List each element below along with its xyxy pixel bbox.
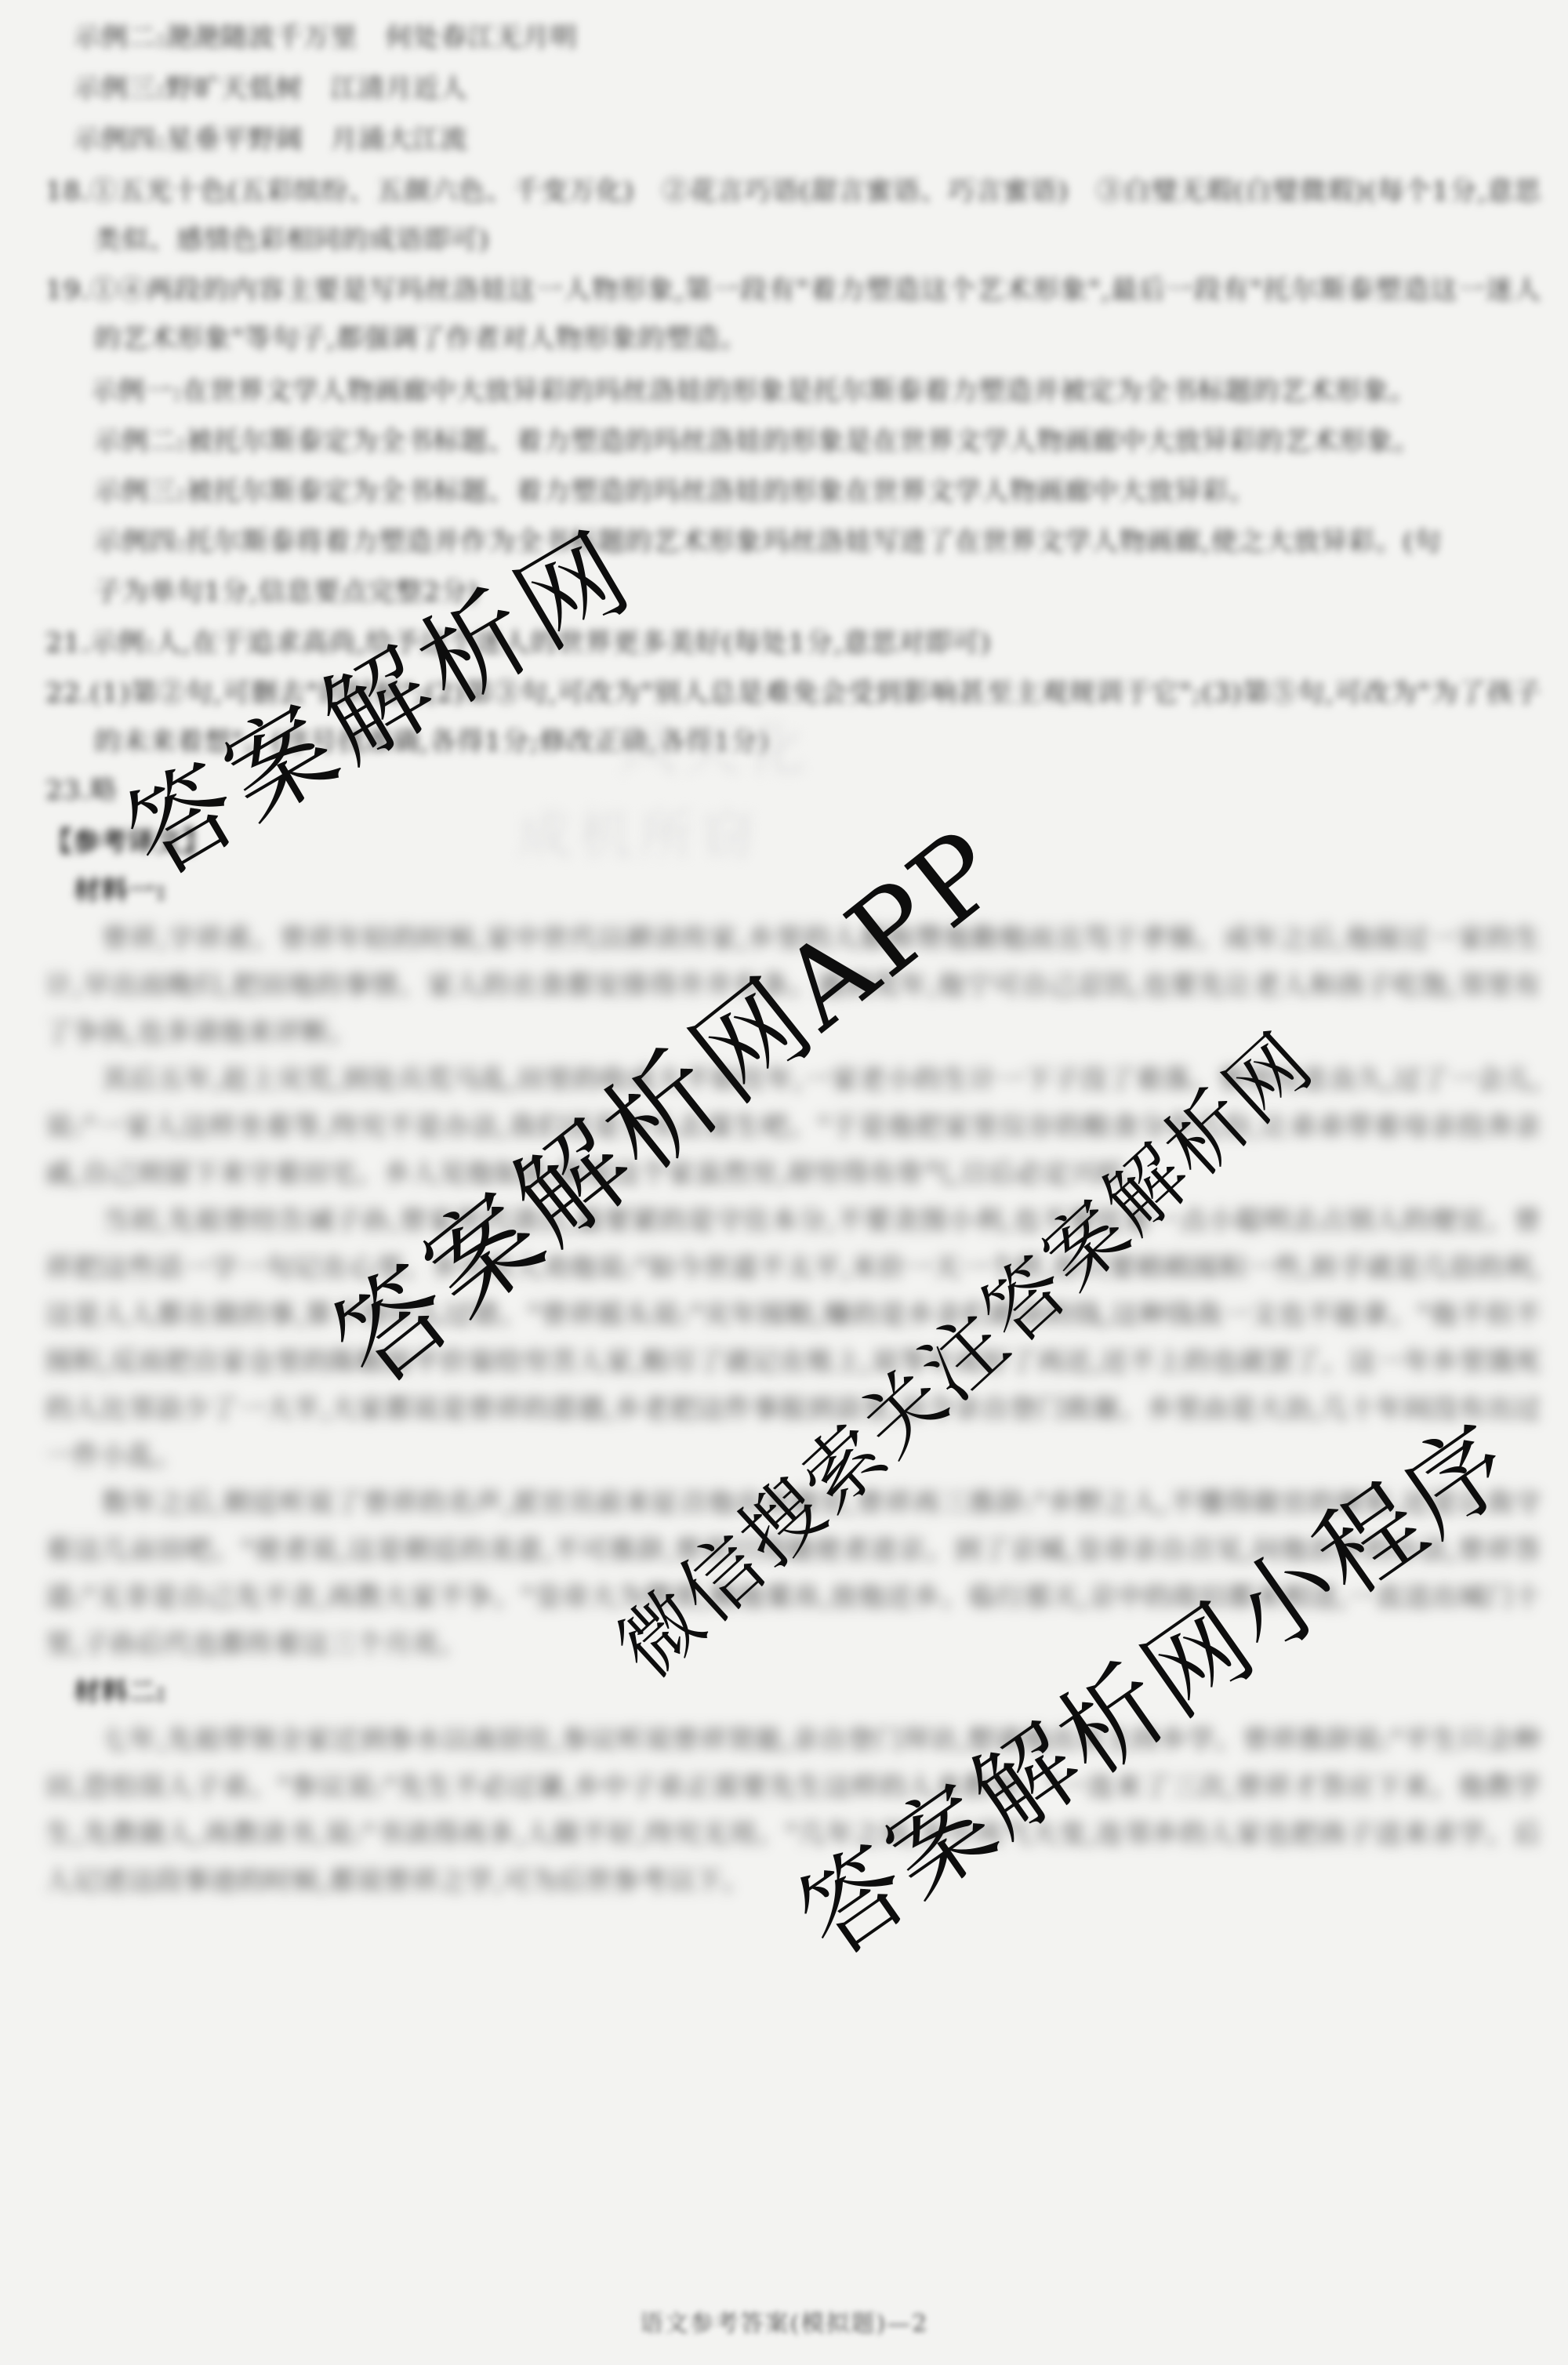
answer-item-18: 18.①五光十色(五彩缤纷、五颜六色、千变万化) ②花言巧语(甜言蜜语、巧言蜜语…: [45, 167, 1541, 264]
answer-item-20: 20.示例一:在世界文学人物画廊中大放异彩的玛丝洛娃的形象是托尔斯泰着力塑造并被…: [45, 366, 1541, 617]
answer-item-20-line-1: 20.示例一:在世界文学人物画廊中大放异彩的玛丝洛娃的形象是托尔斯泰着力塑造并被…: [94, 366, 1541, 416]
answer-item-20-line-3: 示例三:被托尔斯泰定为全书标题、着力塑造的玛丝洛娃的形象在世界文学人物画廊中大放…: [94, 467, 1541, 517]
answer-item-19: 19.①④两段的内容主要是写玛丝洛娃这一人物形象,第一段有"着力塑造这个艺术形象…: [45, 266, 1541, 363]
answer-item-20-line-5: 子为单句1分,信息要点完整2分): [94, 567, 1541, 617]
poem-example-4: 示例四:星垂平野阔 月涌大江流: [45, 114, 1541, 165]
bleed-through-text-2: 成机所窃: [517, 794, 762, 870]
answer-item-21: 21.示例:人,在于追求高尚,给予这个迷人的世界更多美好(每处1分,意思对即可): [45, 619, 1541, 667]
page-footer-label: 语文参考答案(模拟题)—2: [0, 2304, 1568, 2338]
answer-item-20-line-2: 示例二:被托尔斯泰定为全书标题、着力塑造的玛丝洛娃的形象是在世界文学人物画廊中大…: [94, 416, 1541, 467]
answer-item-20-line-4: 示例四:托尔斯泰将着力塑造并作为全书标题的艺术形象玛丝洛娃写进了在世界文学人物画…: [94, 517, 1541, 567]
poem-example-3: 示例三:野旷天低树 江清月近人: [45, 64, 1541, 114]
bleed-through-text-1: 风天化: [619, 704, 812, 786]
poem-example-2: 示例二:滟滟随波千万里 何处春江无月明: [45, 13, 1541, 64]
scanned-answer-page: 示例二:滟滟随波千万里 何处春江无月明 示例三:野旷天低树 江清月近人 示例四:…: [0, 0, 1568, 2365]
material-2-label: 材料二:: [45, 1668, 1541, 1717]
